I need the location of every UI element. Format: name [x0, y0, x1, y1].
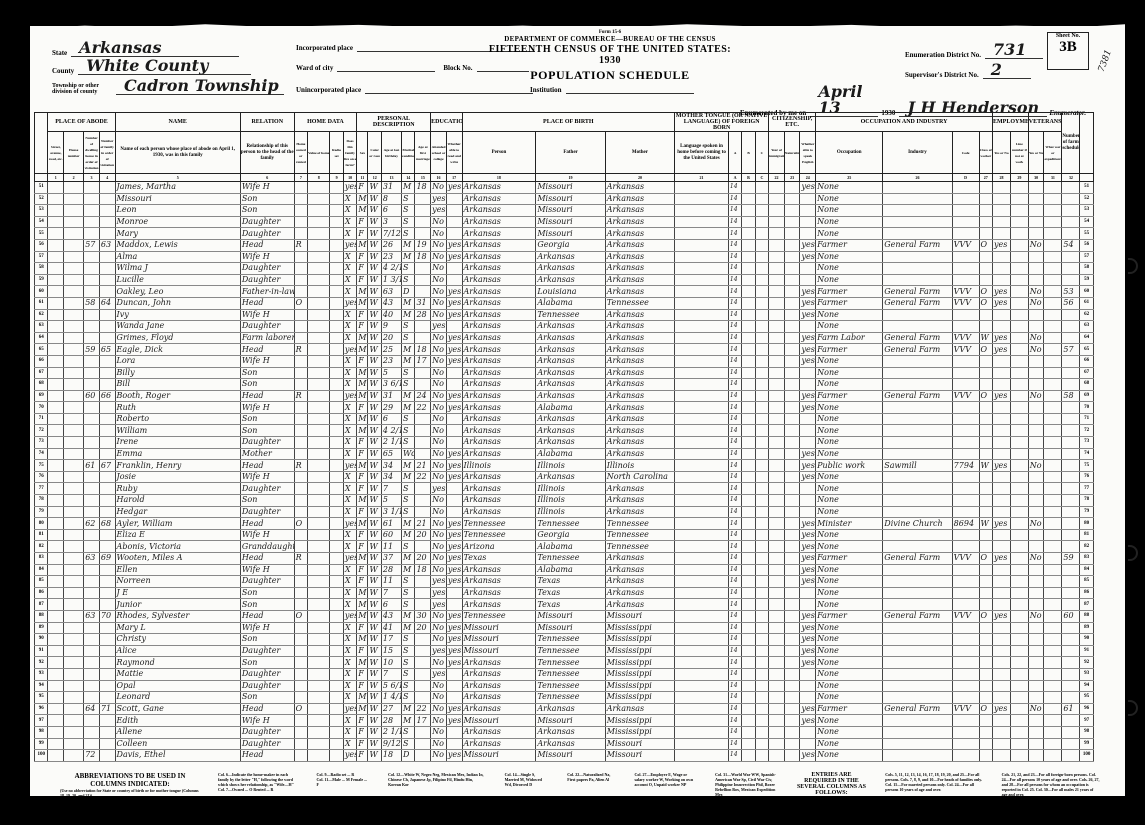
- column-number: 4: [99, 174, 115, 182]
- family-number: [99, 274, 115, 286]
- code-b: [742, 750, 755, 762]
- column-header: C: [755, 132, 768, 174]
- read-write: [446, 483, 462, 495]
- code-b: [742, 553, 755, 565]
- radio-set: [330, 541, 343, 553]
- birthplace-person: Arkansas: [462, 448, 536, 460]
- class-of-worker: [979, 529, 992, 541]
- language: [675, 239, 729, 251]
- employed: [992, 506, 1010, 518]
- unemployment-line: [1010, 460, 1028, 472]
- immigration-year: [769, 599, 785, 611]
- veteran: [1028, 622, 1044, 634]
- col12-note: Col. 12—White W, Negro Neg, Mexican Mex,…: [388, 772, 486, 798]
- radio-set: [330, 297, 343, 309]
- birthplace-mother: Mississippi: [605, 634, 674, 646]
- industry: [883, 750, 952, 762]
- marital-status: S: [402, 274, 415, 286]
- veteran: [1028, 274, 1044, 286]
- department-title: DEPARTMENT OF COMMERCE—BUREAU OF THE CEN…: [480, 35, 740, 43]
- code-b: [742, 402, 755, 414]
- class-of-worker: [979, 321, 992, 333]
- occupation-code: [952, 483, 979, 495]
- occupation-code: [952, 692, 979, 704]
- age: 5 6/12: [381, 680, 401, 692]
- language: [675, 309, 729, 321]
- sex: F: [357, 680, 368, 692]
- war: [1044, 309, 1062, 321]
- lives-on-farm: X: [343, 286, 356, 298]
- sheet-number-box: Sheet No. 3B: [1047, 32, 1089, 70]
- farm-schedule: 57: [1062, 344, 1080, 356]
- relation: Son: [240, 193, 294, 205]
- column-number: 10: [343, 174, 356, 182]
- naturalization: [784, 750, 800, 762]
- person-name: Christy: [115, 634, 240, 646]
- veteran: No: [1028, 286, 1044, 298]
- relation: Daughter: [240, 321, 294, 333]
- immigration-year: [769, 518, 785, 530]
- column-group-row: PLACE OF ABODE NAME RELATION HOME DATA P…: [35, 113, 1094, 132]
- veteran: [1028, 263, 1044, 275]
- table-row: 84EllenWife HXFW28M18NoyesArkansasAlabam…: [35, 564, 1094, 576]
- home-value: [308, 715, 330, 727]
- farm-schedule: [1062, 413, 1080, 425]
- birthplace-father: Tennessee: [536, 645, 605, 657]
- birthplace-person: Arkansas: [462, 321, 536, 333]
- home-tenure: [294, 205, 307, 217]
- dwelling-number: [84, 251, 100, 263]
- age: 4 2/12: [381, 263, 401, 275]
- radio-set: [330, 680, 343, 692]
- age-first-marriage: [415, 274, 431, 286]
- war: [1044, 390, 1062, 402]
- line-number-header: [35, 113, 48, 174]
- home-tenure: O: [294, 297, 307, 309]
- war: [1044, 680, 1062, 692]
- race: W: [368, 367, 381, 379]
- employed: [992, 495, 1010, 507]
- war: [1044, 228, 1062, 240]
- home-value: [308, 587, 330, 599]
- marital-status: S: [402, 425, 415, 437]
- veteran: [1028, 599, 1044, 611]
- speaks-english: yes: [800, 402, 816, 414]
- person-name: Scott, Gane: [115, 703, 240, 715]
- birthplace-person: Arkansas: [462, 367, 536, 379]
- attended-school: No: [431, 344, 447, 356]
- line-number: 86: [35, 587, 48, 599]
- birthplace-father: Tennessee: [536, 680, 605, 692]
- person-name: Opal: [115, 680, 240, 692]
- war: [1044, 182, 1062, 194]
- column-header: Relationship of this person to the head …: [240, 132, 294, 174]
- birthplace-person: Arkansas: [462, 274, 536, 286]
- naturalization: [784, 495, 800, 507]
- block-label: Block No.: [443, 64, 472, 72]
- code-a: 14: [728, 529, 741, 541]
- naturalization: [784, 506, 800, 518]
- veteran: [1028, 413, 1044, 425]
- code-c: [755, 402, 768, 414]
- race: W: [368, 506, 381, 518]
- street: [48, 599, 64, 611]
- attended-school: yes: [431, 668, 447, 680]
- unemployment-line: [1010, 367, 1028, 379]
- state-field: State Arkansas: [52, 40, 239, 57]
- war: [1044, 332, 1062, 344]
- dwelling-number: [84, 413, 100, 425]
- dwelling-number: [84, 367, 100, 379]
- code-b: [742, 471, 755, 483]
- street: [48, 402, 64, 414]
- lives-on-farm: X: [343, 645, 356, 657]
- code-a: 14: [728, 228, 741, 240]
- industry: [883, 657, 952, 669]
- sex: M: [357, 599, 368, 611]
- person-name: Lora: [115, 355, 240, 367]
- occupation-code: [952, 471, 979, 483]
- person-name: Norreen: [115, 576, 240, 588]
- street: [48, 668, 64, 680]
- footer-instructions: ABBREVIATIONS TO BE USED IN COLUMNS INDI…: [60, 772, 1100, 798]
- line-number-right: 68: [1080, 379, 1094, 391]
- farm-schedule: [1062, 668, 1080, 680]
- table-row: 68BillSonXMW3 6/12SNoArkansasArkansasArk…: [35, 379, 1094, 391]
- language: [675, 645, 729, 657]
- age-first-marriage: [415, 437, 431, 449]
- lives-on-farm: X: [343, 622, 356, 634]
- code-a: 14: [728, 182, 741, 194]
- occupation: None: [816, 645, 883, 657]
- employed: [992, 750, 1010, 762]
- read-write: [446, 205, 462, 217]
- veteran: [1028, 738, 1044, 750]
- dwelling-number: [84, 529, 100, 541]
- lives-on-farm: yes: [343, 182, 356, 194]
- occupation-code: [952, 228, 979, 240]
- birthplace-person: Arkansas: [462, 355, 536, 367]
- lives-on-farm: X: [343, 251, 356, 263]
- dwelling-number: 61: [84, 460, 100, 472]
- street: [48, 506, 64, 518]
- abbreviations-block: ABBREVIATIONS TO BE USED IN COLUMNS INDI…: [60, 772, 200, 798]
- marital-status: S: [402, 576, 415, 588]
- column-header: Home owned or rented: [294, 132, 307, 174]
- occupation: None: [816, 448, 883, 460]
- home-value: [308, 564, 330, 576]
- table-row: 98AlleneDaughterXFW2 1/12SNoArkansasArka…: [35, 726, 1094, 738]
- line-number: 78: [35, 495, 48, 507]
- person-name: Colleen: [115, 738, 240, 750]
- code-a: 14: [728, 576, 741, 588]
- attended-school: No: [431, 495, 447, 507]
- naturalization: [784, 610, 800, 622]
- employed: [992, 182, 1010, 194]
- war: [1044, 251, 1062, 263]
- war: [1044, 344, 1062, 356]
- sex: M: [357, 610, 368, 622]
- family-number: [99, 205, 115, 217]
- occupation: None: [816, 251, 883, 263]
- attended-school: No: [431, 634, 447, 646]
- lives-on-farm: X: [343, 425, 356, 437]
- immigration-year: [769, 390, 785, 402]
- speaks-english: [800, 726, 816, 738]
- group-education: EDUCATION: [431, 113, 462, 132]
- code-a: 14: [728, 413, 741, 425]
- person-name: Emma: [115, 448, 240, 460]
- unemployment-line: [1010, 622, 1028, 634]
- employed: [992, 448, 1010, 460]
- line-number: 60: [35, 286, 48, 298]
- line-number-right: 57: [1080, 251, 1094, 263]
- house-number: [64, 274, 84, 286]
- col11-note: Col. 11—Male ... M Female ... F: [317, 777, 371, 787]
- race: W: [368, 332, 381, 344]
- language: [675, 738, 729, 750]
- occupation: Farm Labor: [816, 332, 883, 344]
- read-write: [446, 425, 462, 437]
- code-a: 14: [728, 703, 741, 715]
- code-b: [742, 506, 755, 518]
- column-number: 19: [536, 174, 605, 182]
- line-number: 83: [35, 553, 48, 565]
- age: 7: [381, 483, 401, 495]
- read-write: [446, 437, 462, 449]
- industry: [883, 576, 952, 588]
- relation: Daughter: [240, 576, 294, 588]
- code-c: [755, 738, 768, 750]
- table-row: 87JuniorSonXMW6SyesArkansasTexasArkansas…: [35, 599, 1094, 611]
- unemployment-line: [1010, 216, 1028, 228]
- attended-school: No: [431, 390, 447, 402]
- lives-on-farm: X: [343, 274, 356, 286]
- immigration-year: [769, 668, 785, 680]
- code-c: [755, 448, 768, 460]
- family-number: 70: [99, 610, 115, 622]
- attended-school: No: [431, 437, 447, 449]
- relation: Wife H: [240, 564, 294, 576]
- read-write: yes: [446, 610, 462, 622]
- attended-school: No: [431, 564, 447, 576]
- line-number-right: 76: [1080, 471, 1094, 483]
- age-first-marriage: [415, 576, 431, 588]
- column-number: 30: [1028, 174, 1044, 182]
- house-number: [64, 657, 84, 669]
- immigration-year: [769, 344, 785, 356]
- immigration-year: [769, 634, 785, 646]
- person-name: Wooten, Miles A: [115, 553, 240, 565]
- column-header: Age at first marriage: [415, 132, 431, 174]
- industry: General Farm: [883, 703, 952, 715]
- race: W: [368, 321, 381, 333]
- table-row: 72WilliamSonXMW4 2/12SNoArkansasArkansas…: [35, 425, 1094, 437]
- title-block: Form 15-6 DEPARTMENT OF COMMERCE—BUREAU …: [480, 30, 740, 83]
- code-b: [742, 460, 755, 472]
- sex: F: [357, 750, 368, 762]
- naturalization: [784, 286, 800, 298]
- birthplace-father: Georgia: [536, 529, 605, 541]
- naturalization: [784, 692, 800, 704]
- birthplace-mother: Arkansas: [605, 193, 674, 205]
- column-number: 24: [800, 174, 816, 182]
- speaks-english: yes: [800, 576, 816, 588]
- speaks-english: yes: [800, 286, 816, 298]
- employed: [992, 726, 1010, 738]
- column-header: Whether able to speak English: [800, 132, 816, 174]
- unemployment-line: [1010, 634, 1028, 646]
- house-number: [64, 193, 84, 205]
- house-number: [64, 251, 84, 263]
- veteran: [1028, 309, 1044, 321]
- line-number-right: 84: [1080, 564, 1094, 576]
- speaks-english: yes: [800, 750, 816, 762]
- war: [1044, 239, 1062, 251]
- veteran: No: [1028, 332, 1044, 344]
- farm-schedule: [1062, 541, 1080, 553]
- dwelling-number: [84, 402, 100, 414]
- relation: Daughter: [240, 263, 294, 275]
- speaks-english: yes: [800, 645, 816, 657]
- person-name: Oakley, Leo: [115, 286, 240, 298]
- marital-status: S: [402, 541, 415, 553]
- age: 1 3/12: [381, 274, 401, 286]
- code-b: [742, 703, 755, 715]
- code-a: 14: [728, 668, 741, 680]
- code-a: 14: [728, 332, 741, 344]
- home-tenure: R: [294, 344, 307, 356]
- immigration-year: [769, 692, 785, 704]
- unemployment-line: [1010, 205, 1028, 217]
- occupation-code: [952, 402, 979, 414]
- veteran: [1028, 367, 1044, 379]
- code-c: [755, 286, 768, 298]
- naturalization: [784, 703, 800, 715]
- relation: Head: [240, 703, 294, 715]
- immigration-year: [769, 726, 785, 738]
- occupation-code: [952, 576, 979, 588]
- veteran: [1028, 541, 1044, 553]
- occupation-code: [952, 216, 979, 228]
- column-number: 5: [115, 174, 240, 182]
- dwelling-number: [84, 448, 100, 460]
- speaks-english: yes: [800, 344, 816, 356]
- radio-set: [330, 309, 343, 321]
- lives-on-farm: yes: [343, 518, 356, 530]
- language: [675, 355, 729, 367]
- class-of-worker: [979, 750, 992, 762]
- war: [1044, 599, 1062, 611]
- person-name: Rhodes, Sylvester: [115, 610, 240, 622]
- line-number-header-right: [1080, 113, 1094, 174]
- industry: [883, 274, 952, 286]
- occupation-code: [952, 379, 979, 391]
- column-header: Marital condition: [402, 132, 415, 174]
- read-write: [446, 379, 462, 391]
- line-number-right: 69: [1080, 390, 1094, 402]
- relation: Daughter: [240, 680, 294, 692]
- code-a: 14: [728, 355, 741, 367]
- birthplace-person: Arkansas: [462, 680, 536, 692]
- unemployment-line: [1010, 541, 1028, 553]
- age: 5: [381, 495, 401, 507]
- immigration-year: [769, 286, 785, 298]
- race: W: [368, 471, 381, 483]
- line-number-right: 86: [1080, 587, 1094, 599]
- home-value: [308, 193, 330, 205]
- birthplace-mother: Missouri: [605, 610, 674, 622]
- race: W: [368, 692, 381, 704]
- line-number-right: 93: [1080, 668, 1094, 680]
- family-number: [99, 413, 115, 425]
- marital-status: S: [402, 413, 415, 425]
- column-number: 9: [330, 174, 343, 182]
- dwelling-number: [84, 228, 100, 240]
- street: [48, 182, 64, 194]
- dwelling-number: [84, 379, 100, 391]
- home-tenure: [294, 529, 307, 541]
- occupation-code: VVV: [952, 297, 979, 309]
- dwelling-number: [84, 437, 100, 449]
- attended-school: yes: [431, 576, 447, 588]
- relation: Head: [240, 610, 294, 622]
- house-number: [64, 529, 84, 541]
- occupation-code: [952, 506, 979, 518]
- race: W: [368, 610, 381, 622]
- table-row: 655965Eagle, DickHeadRyesMW25M18NoyesArk…: [35, 344, 1094, 356]
- code-a: 14: [728, 599, 741, 611]
- occupation-code: VVV: [952, 332, 979, 344]
- column-number: 22: [769, 174, 785, 182]
- war: [1044, 471, 1062, 483]
- birthplace-mother: Arkansas: [605, 321, 674, 333]
- line-number: 75: [35, 460, 48, 472]
- speaks-english: [800, 425, 816, 437]
- veteran: [1028, 483, 1044, 495]
- street: [48, 564, 64, 576]
- code-a: 14: [728, 193, 741, 205]
- family-number: [99, 564, 115, 576]
- age: 3 6/12: [381, 379, 401, 391]
- occupation-code: [952, 205, 979, 217]
- street: [48, 390, 64, 402]
- occupation: None: [816, 529, 883, 541]
- industry: General Farm: [883, 390, 952, 402]
- employed: [992, 274, 1010, 286]
- language: [675, 286, 729, 298]
- line-number-right: 52: [1080, 193, 1094, 205]
- street: [48, 610, 64, 622]
- home-value: [308, 750, 330, 762]
- code-a: 14: [728, 460, 741, 472]
- table-row: 615864Duncan, JohnHeadOyesMW43M31NoyesAr…: [35, 297, 1094, 309]
- marital-status: M: [402, 355, 415, 367]
- read-write: yes: [446, 448, 462, 460]
- speaks-english: yes: [800, 251, 816, 263]
- veteran: [1028, 750, 1044, 762]
- home-tenure: [294, 541, 307, 553]
- col6-note: Col. 6—Indicate the home-maker in each f…: [218, 772, 299, 787]
- column-number: 3: [84, 174, 100, 182]
- relation: Wife H: [240, 622, 294, 634]
- lives-on-farm: X: [343, 321, 356, 333]
- table-row: 836369Wooten, Miles AHeadRyesMW37M20Noye…: [35, 553, 1094, 565]
- home-tenure: [294, 263, 307, 275]
- industry: [883, 193, 952, 205]
- home-tenure: O: [294, 703, 307, 715]
- employed: [992, 715, 1010, 727]
